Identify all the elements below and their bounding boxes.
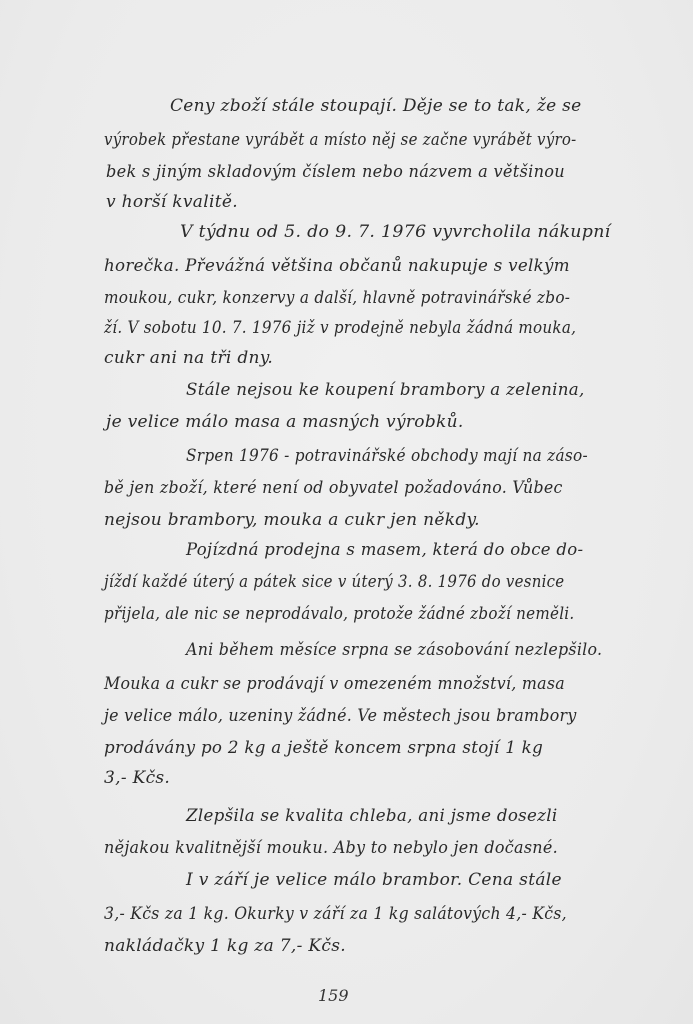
text-line: Ceny zboží stále stoupají. Děje se to ta… (170, 96, 590, 116)
text-line: jíždí každé úterý a pátek sice v úterý 3… (104, 572, 564, 592)
text-line: je velice málo, uzeniny žádné. Ve městec… (104, 706, 577, 726)
text-line: přijela, ale nic se neprodávalo, protože… (104, 604, 574, 624)
text-line: 3,- Kčs. (104, 768, 170, 788)
text-line: v horší kvalitě. (106, 192, 238, 212)
text-line: Zlepšila se kvalita chleba, ani jsme dos… (186, 806, 557, 826)
text-line: Ani během měsíce srpna se zásobování nez… (186, 640, 602, 660)
text-line: moukou, cukr, konzervy a další, hlavně p… (104, 288, 570, 308)
text-line: I v září je velice málo brambor. Cena st… (186, 870, 562, 890)
text-line: ží. V sobotu 10. 7. 1976 již v prodejně … (104, 318, 576, 338)
text-line: horečka. Převážná většina občanů nakupuj… (104, 256, 570, 276)
text-line: Pojízdná prodejna s masem, která do obce… (186, 540, 583, 560)
text-line: Stále nejsou ke koupení brambory a zelen… (186, 380, 585, 400)
text-line: bě jen zboží, které není od obyvatel pož… (104, 478, 563, 498)
text-line: výrobek přestane vyrábět a místo něj se … (104, 130, 576, 150)
text-line: Mouka a cukr se prodávají v omezeném mno… (104, 674, 565, 694)
text-line: je velice málo masa a masných výrobků. (106, 412, 464, 432)
text-line: nejsou brambory, mouka a cukr jen někdy. (104, 510, 480, 530)
text-line: V týdnu od 5. do 9. 7. 1976 vyvrcholila … (180, 222, 611, 242)
text-line: nakládačky 1 kg za 7,- Kčs. (104, 936, 346, 956)
document-page: Ceny zboží stále stoupají. Děje se to ta… (0, 0, 693, 1024)
page-number: 159 (318, 986, 349, 1005)
text-line: 3,- Kčs za 1 kg. Okurky v září za 1 kg s… (104, 904, 567, 924)
text-line: nějakou kvalitnější mouku. Aby to nebylo… (104, 838, 558, 858)
text-line: cukr ani na tři dny. (104, 348, 273, 368)
text-line: Srpen 1976 - potravinářské obchody mají … (186, 446, 588, 466)
text-line: bek s jiným skladovým číslem nebo názvem… (106, 162, 565, 182)
text-line: prodávány po 2 kg a ještě koncem srpna s… (104, 738, 543, 758)
